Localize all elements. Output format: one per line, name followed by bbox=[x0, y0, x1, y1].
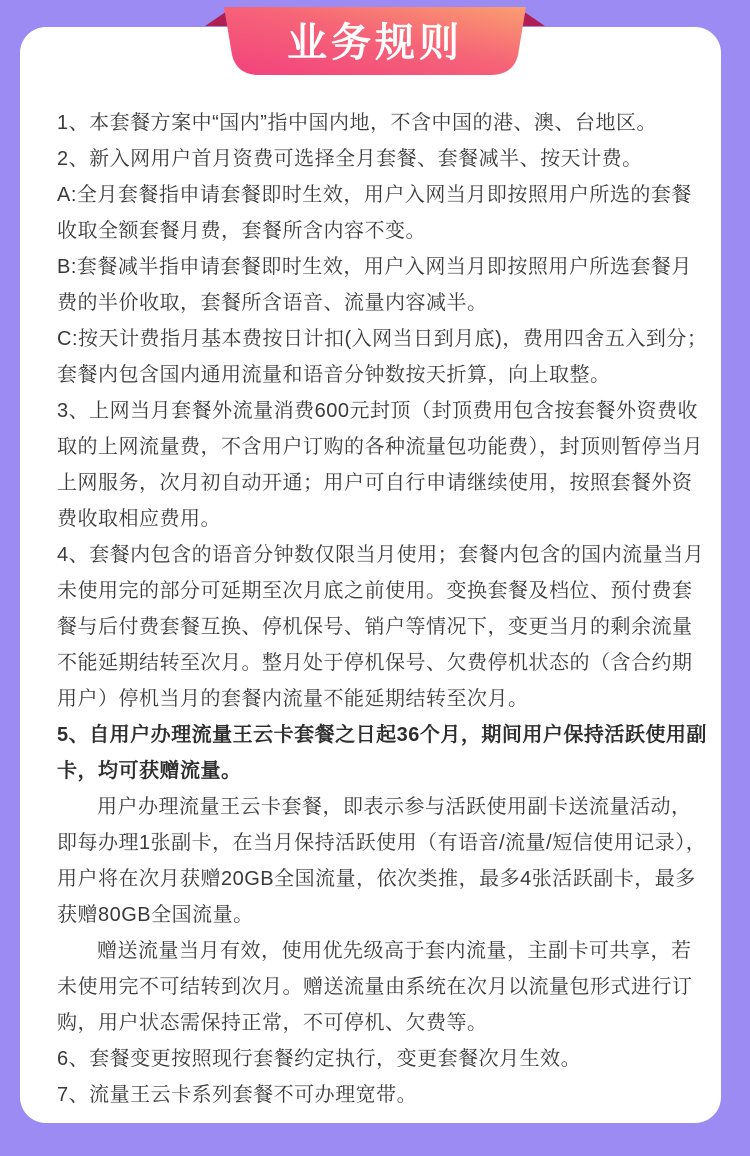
rule-item: 用户办理流量王云卡套餐，即表示参与活跃使用副卡送流量活动，即每办理1张副卡，在当… bbox=[57, 789, 711, 933]
page-background: 1、本套餐方案中“国内”指中国内地，不含中国的港、澳、台地区。 2、新入网用户首… bbox=[0, 0, 750, 1156]
rules-card: 1、本套餐方案中“国内”指中国内地，不含中国的港、澳、台地区。 2、新入网用户首… bbox=[20, 27, 721, 1123]
rule-item: 1、本套餐方案中“国内”指中国内地，不含中国的港、澳、台地区。 bbox=[57, 105, 711, 141]
rule-item: A:全月套餐指申请套餐即时生效，用户入网当月即按照用户所选的套餐收取全额套餐月费… bbox=[57, 177, 711, 249]
rule-item: C:按天计费指月基本费按日计扣(入网当日到月底)，费用四舍五入到分；套餐内包含国… bbox=[57, 321, 711, 393]
rule-item: B:套餐减半指申请套餐即时生效，用户入网当月即按照用户所选套餐月费的半价收取，套… bbox=[57, 249, 711, 321]
rule-item: 赠送流量当月有效，使用优先级高于套内流量，主副卡可共享，若未使用完不可结转到次月… bbox=[57, 933, 711, 1041]
rule-item: 5、自用户办理流量王云卡套餐之日起36个月，期间用户保持活跃使用副卡，均可获赠流… bbox=[57, 717, 711, 789]
rule-item: 4、套餐内包含的语音分钟数仅限当月使用；套餐内包含的国内流量当月未使用完的部分可… bbox=[57, 537, 711, 717]
page-title: 业务规则 bbox=[0, 12, 750, 74]
rule-item: 2、新入网用户首月资费可选择全月套餐、套餐减半、按天计费。 bbox=[57, 141, 711, 177]
rule-item: 6、套餐变更按照现行套餐约定执行，变更套餐次月生效。 bbox=[57, 1041, 711, 1077]
rule-item: 7、流量王云卡系列套餐不可办理宽带。 bbox=[57, 1077, 711, 1113]
rules-list: 1、本套餐方案中“国内”指中国内地，不含中国的港、澳、台地区。 2、新入网用户首… bbox=[20, 27, 721, 1113]
rule-item: 3、上网当月套餐外流量消费600元封顶（封顶费用包含按套餐外资费收取的上网流量费… bbox=[57, 393, 711, 537]
